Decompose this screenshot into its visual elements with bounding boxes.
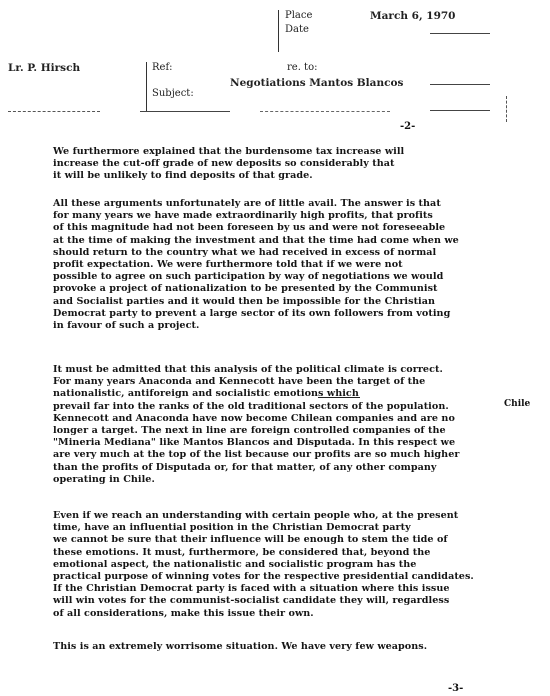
text-line: at the time of making the investment and…: [53, 235, 523, 247]
text-line: profit expectation. We were furthermore …: [53, 259, 523, 271]
text-line: provoke a project of nationalization to …: [53, 283, 523, 295]
text-line: for many years we have made extraordinar…: [53, 210, 523, 222]
text-line: operating in Chile.: [53, 474, 523, 486]
text-line: in favour of such a project.: [53, 320, 523, 332]
subject-rule-right: [430, 110, 490, 111]
text-line: longer a target. The next in line are fo…: [53, 425, 523, 437]
paragraph-5: This is an extremely worrisome situation…: [53, 641, 523, 653]
page-marker-top: -2-: [400, 121, 415, 132]
text-line: of this magnitude had not been foreseen …: [53, 222, 523, 234]
text-line: nationalistic, antiforeign and socialist…: [53, 388, 523, 400]
text-line: Even if we reach an understanding with c…: [53, 510, 523, 522]
text-line: If the Christian Democrat party is faced…: [53, 583, 523, 595]
text-line: than the profits of Disputada or, for th…: [53, 462, 523, 474]
text-line: of all considerations, make this issue t…: [53, 608, 523, 620]
text-line: "Mineria Mediana" like Mantos Blancos an…: [53, 437, 523, 449]
text-line: Kennecott and Anaconda have now become C…: [53, 413, 523, 425]
text-line: emotional aspect, the nationalistic and …: [53, 559, 523, 571]
text-line: prevail far into the ranks of the old tr…: [53, 401, 523, 413]
place-label: Place: [285, 10, 312, 21]
recipient-name: Lr. P. Hirsch: [8, 62, 80, 74]
re-to-label: re. to:: [287, 62, 317, 73]
text-line: For many years Anaconda and Kennecott ha…: [53, 376, 523, 388]
subject-value: Negotiations Mantos Blancos: [230, 77, 403, 89]
subject-label: Subject:: [152, 88, 194, 99]
place-date-divider: [278, 10, 279, 52]
paragraph-4: Even if we reach an understanding with c…: [53, 510, 523, 620]
paragraph-2: All these arguments unfortunately are of…: [53, 198, 523, 332]
text-line: will win votes for the communist-sociali…: [53, 595, 523, 607]
text-line: should return to the country what we had…: [53, 247, 523, 259]
page-marker-bottom: -3-: [448, 683, 463, 694]
strikethrough-mark: [318, 397, 360, 398]
text-line: All these arguments unfortunately are of…: [53, 198, 523, 210]
paragraph-1: We furthermore explained that the burden…: [53, 146, 523, 183]
ref-subject-divider: [146, 62, 147, 112]
margin-note: Chile: [504, 399, 530, 409]
date-rule: [430, 33, 490, 34]
subject-rule-left: [140, 111, 230, 112]
subject-rule-mid: [260, 111, 390, 112]
subject-rule-right-2: [430, 84, 490, 85]
date-value: March 6, 1970: [370, 10, 455, 22]
text-line: increase the cut-off grade of new deposi…: [53, 158, 523, 170]
text-line: are very much at the top of the list bec…: [53, 449, 523, 461]
text-line: time, have an influential position in th…: [53, 522, 523, 534]
date-label: Date: [285, 24, 309, 35]
ref-label: Ref:: [152, 62, 173, 73]
text-line: It must be admitted that this analysis o…: [53, 364, 523, 376]
paragraph-3: It must be admitted that this analysis o…: [53, 364, 523, 486]
text-line: possible to agree on such participation …: [53, 271, 523, 283]
text-line: and Socialist parties and it would then …: [53, 296, 523, 308]
text-line: it will be unlikely to find deposits of …: [53, 170, 523, 182]
right-edge-mark: [506, 96, 507, 122]
text-line: we cannot be sure that their influence w…: [53, 534, 523, 546]
text-line: practical purpose of winning votes for t…: [53, 571, 523, 583]
text-line: these emotions. It must, furthermore, be…: [53, 547, 523, 559]
recipient-underline: [8, 111, 100, 112]
text-line: Democrat party to prevent a large sector…: [53, 308, 523, 320]
text-line: This is an extremely worrisome situation…: [53, 641, 523, 653]
text-line: We furthermore explained that the burden…: [53, 146, 523, 158]
